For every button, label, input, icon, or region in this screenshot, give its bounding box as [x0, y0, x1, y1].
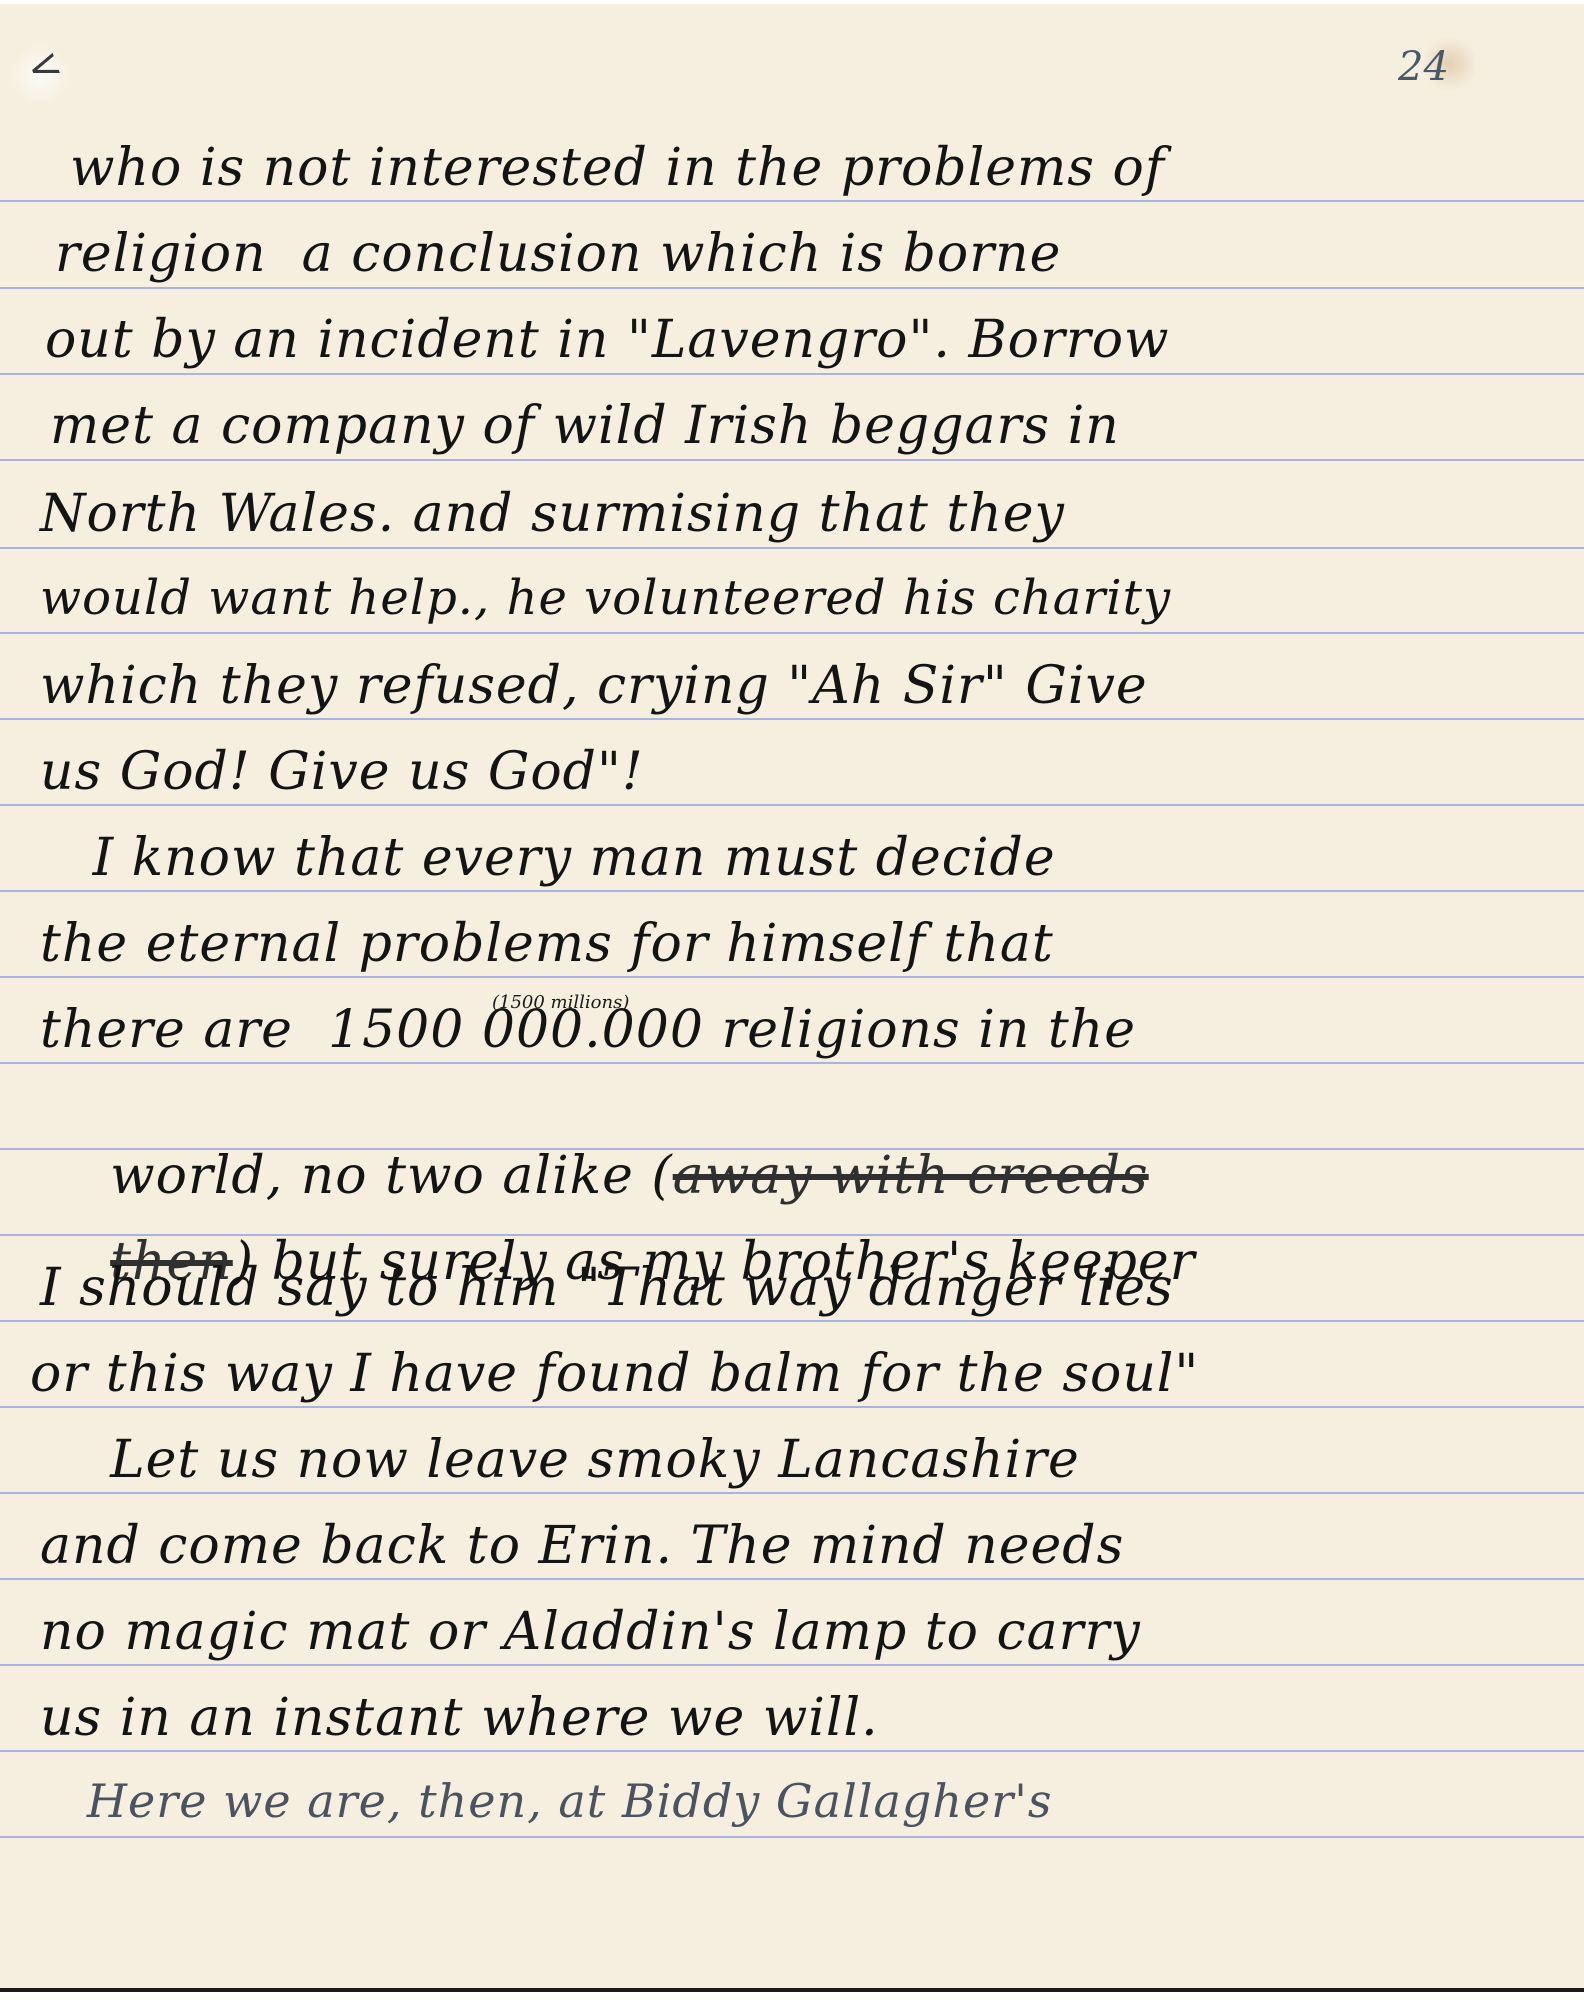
text-line: out by an incident in "Lavengro". Borrow — [45, 310, 1170, 370]
text-line: or this way I have found balm for the so… — [30, 1344, 1199, 1404]
ruled-line — [0, 1578, 1584, 1580]
ruled-line — [0, 718, 1584, 720]
text-line: I should say to him "That way danger lie… — [40, 1258, 1174, 1318]
text-line: who is not interested in the problems of — [70, 138, 1165, 198]
text-line: the eternal problems for himself that — [40, 914, 1054, 974]
text-line: and come back to Erin. The mind needs — [40, 1516, 1124, 1576]
page-bottom-edge — [0, 1988, 1584, 1992]
text-line: Here we are, then, at Biddy Gallagher's — [40, 1774, 1052, 1828]
ruled-line — [0, 1062, 1584, 1064]
ruled-line — [0, 890, 1584, 892]
ruled-line — [0, 1406, 1584, 1408]
text-line: religion a conclusion which is borne — [55, 224, 1061, 284]
ruled-line — [0, 632, 1584, 634]
ruled-line — [0, 1664, 1584, 1666]
text-line: which they refused, crying "Ah Sir" Give — [40, 656, 1148, 716]
ruled-line — [0, 1836, 1584, 1838]
ruled-line — [0, 1750, 1584, 1752]
text-line: I know that every man must decide — [40, 828, 1056, 888]
page-number: 24 — [1398, 44, 1449, 90]
ruled-line — [0, 200, 1584, 202]
ruled-line — [0, 1492, 1584, 1494]
text-line: would want help., he volunteered his cha… — [40, 570, 1171, 626]
text-line: no magic mat or Aladdin's lamp to carry — [40, 1602, 1141, 1662]
text-line: met a company of wild Irish beggars in — [50, 396, 1120, 456]
text-line: us in an instant where we will. — [40, 1688, 879, 1748]
manuscript-page: < 24 who is not interested in the proble… — [0, 4, 1584, 1988]
text-line: there are 1500 000.000 religions in the — [40, 1000, 1136, 1060]
ruled-line — [0, 459, 1584, 461]
tear-mark: < — [21, 41, 70, 108]
text-line: us God! Give us God"! — [40, 742, 644, 802]
ruled-line — [0, 373, 1584, 375]
ruled-line — [0, 287, 1584, 289]
ruled-line — [0, 547, 1584, 549]
text-line: North Wales. and surmising that they — [40, 484, 1065, 544]
text-line: Let us now leave smoky Lancashire — [40, 1430, 1080, 1490]
ruled-line — [0, 804, 1584, 806]
ruled-line — [0, 976, 1584, 978]
